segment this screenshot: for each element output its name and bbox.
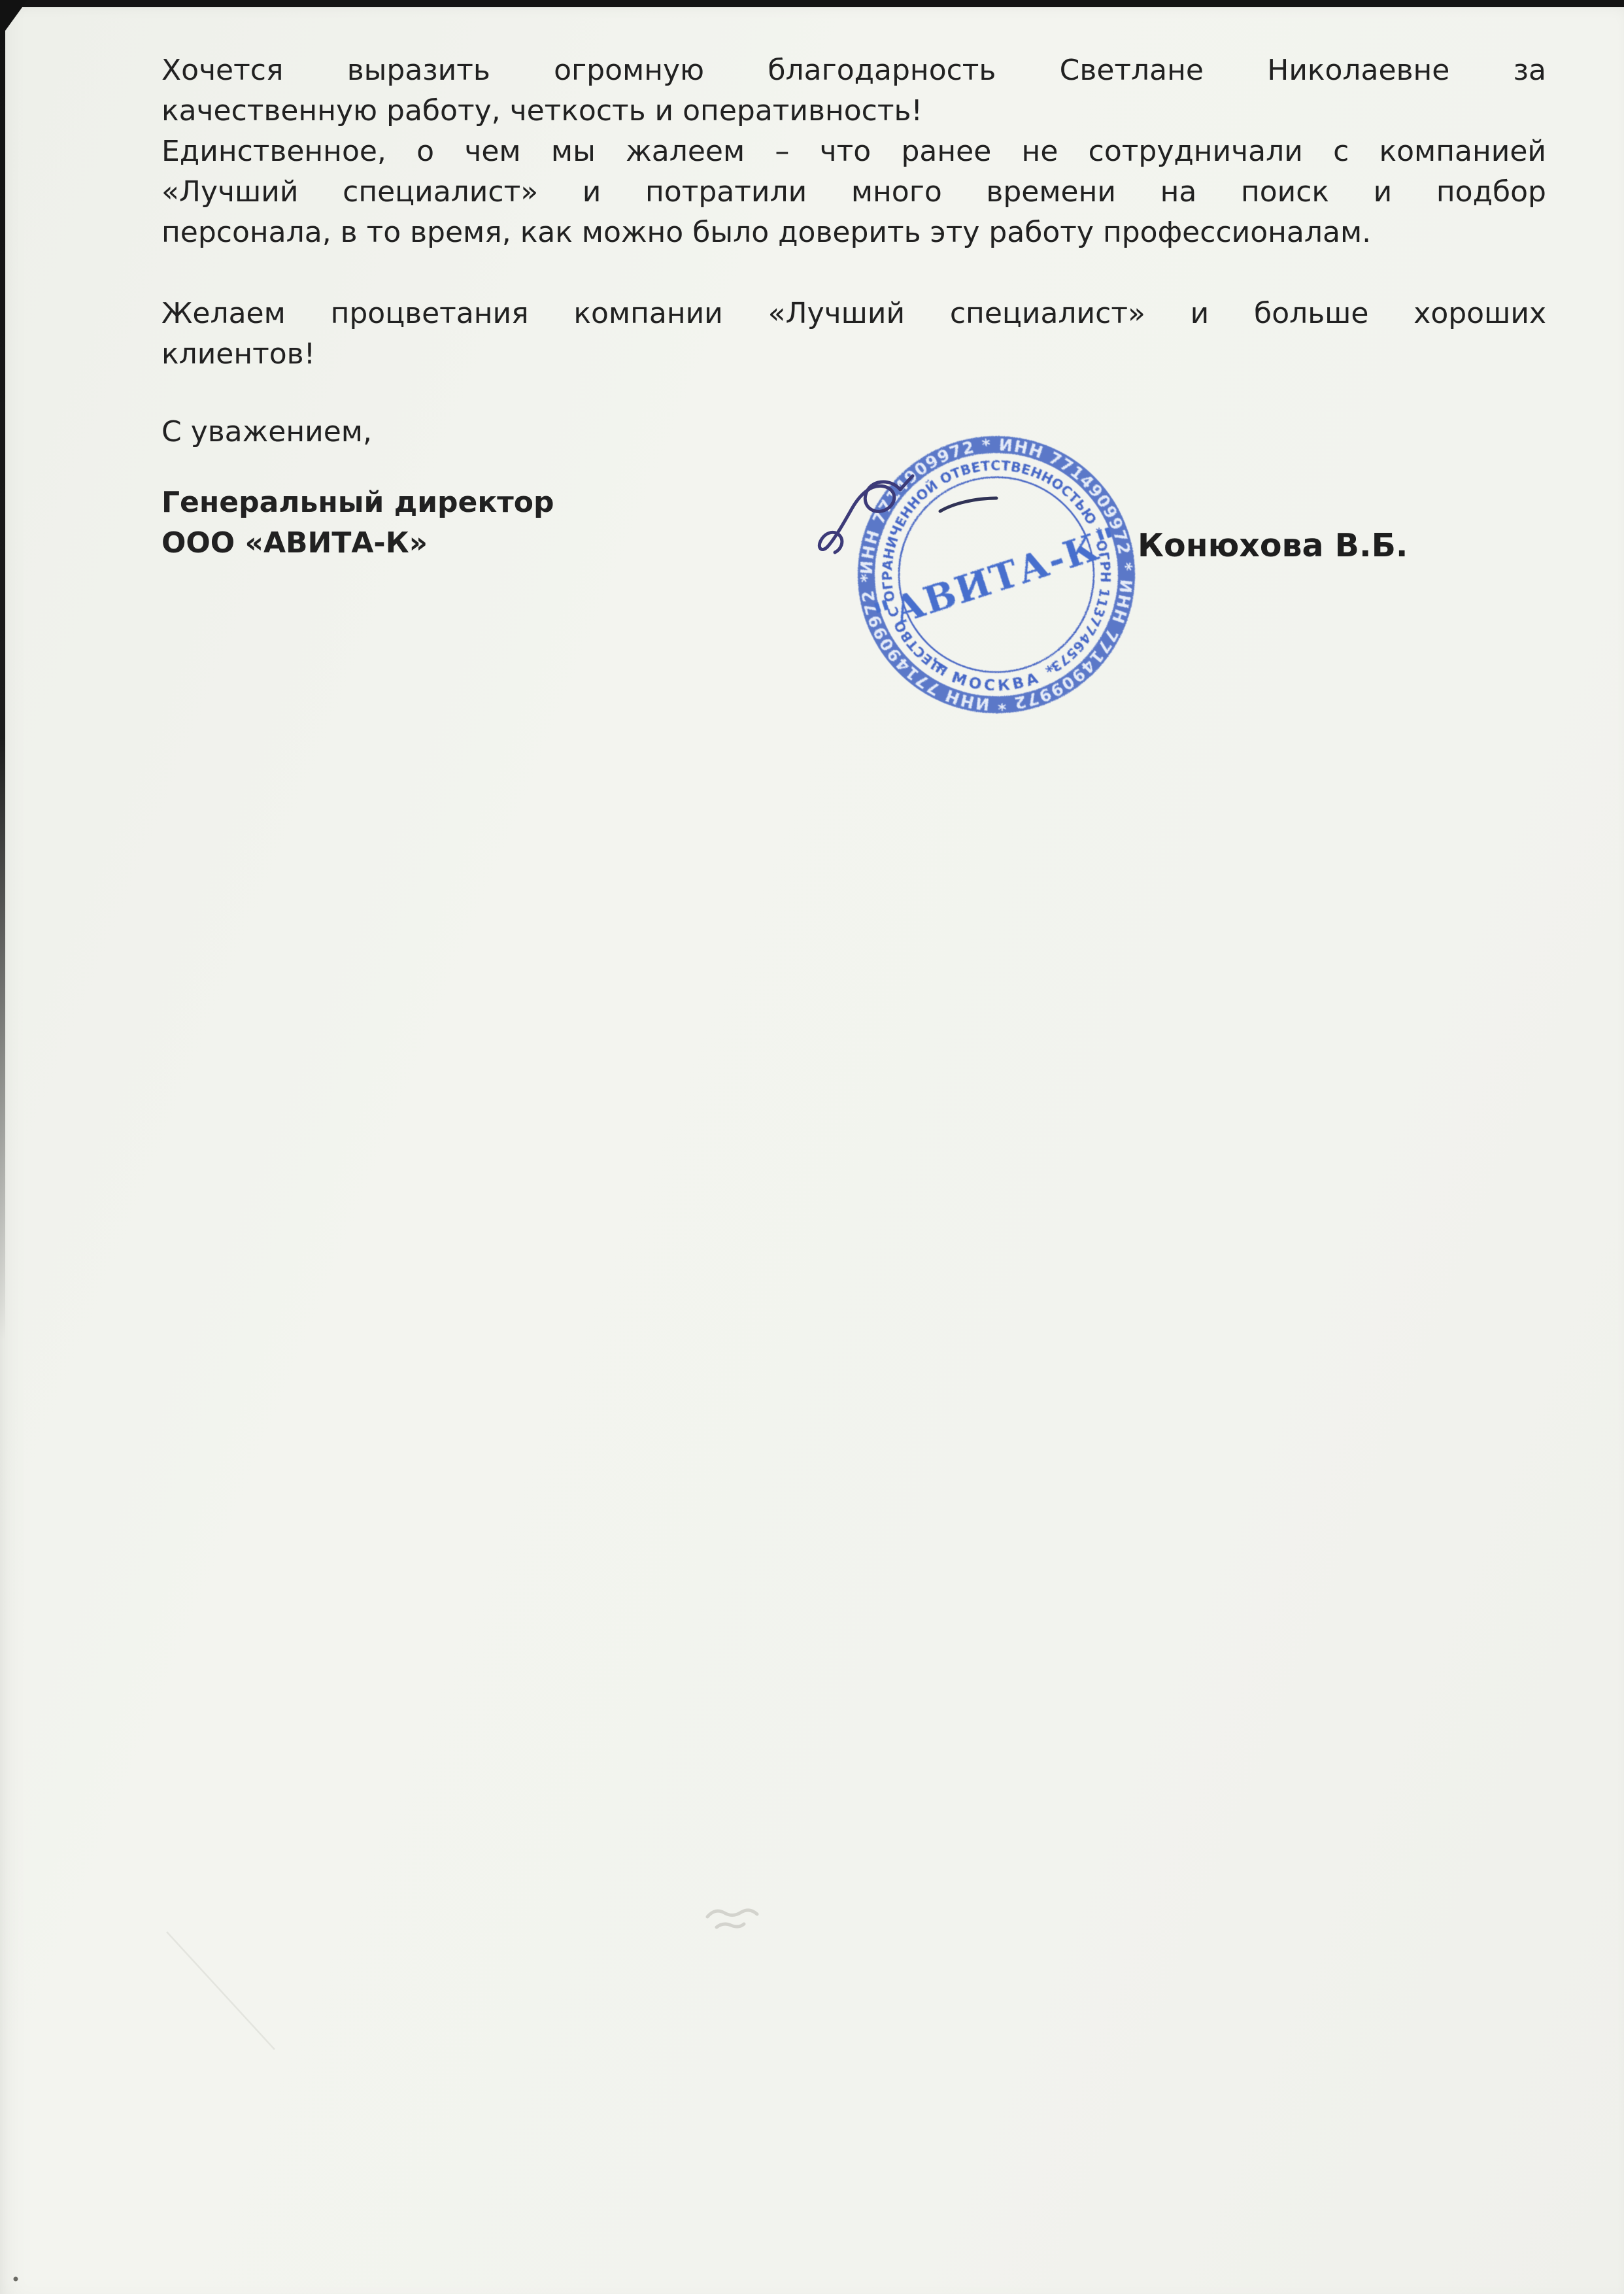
scanned-letter-page: Хочется выразить огромную благодарность … bbox=[0, 0, 1624, 2294]
text-line: Желаем процветания компании «Лучший спец… bbox=[161, 294, 1546, 334]
paper-crease bbox=[167, 1932, 275, 2049]
company-stamp: ИНН 7714909972 * ИНН 7714909972 * ИНН 77… bbox=[853, 431, 1140, 718]
text-line: Единственное, о чем мы жалеем – что ране… bbox=[161, 131, 1546, 172]
scan-edge-left bbox=[0, 0, 5, 1340]
faint-smudge bbox=[707, 1910, 757, 1927]
paper-speck bbox=[14, 2277, 18, 2282]
text-line: клиентов! bbox=[161, 334, 1546, 375]
scan-edge-top bbox=[0, 0, 1624, 7]
text-line: персонала, в то время, как можно было до… bbox=[161, 212, 1546, 253]
text-line: Хочется выразить огромную благодарность … bbox=[161, 50, 1546, 91]
signer-name: Конюхова В.Б. bbox=[1138, 527, 1408, 565]
text-line: «Лучший специалист» и потратили много вр… bbox=[161, 172, 1546, 212]
text-line: качественную работу, четкость и оператив… bbox=[161, 91, 1546, 131]
